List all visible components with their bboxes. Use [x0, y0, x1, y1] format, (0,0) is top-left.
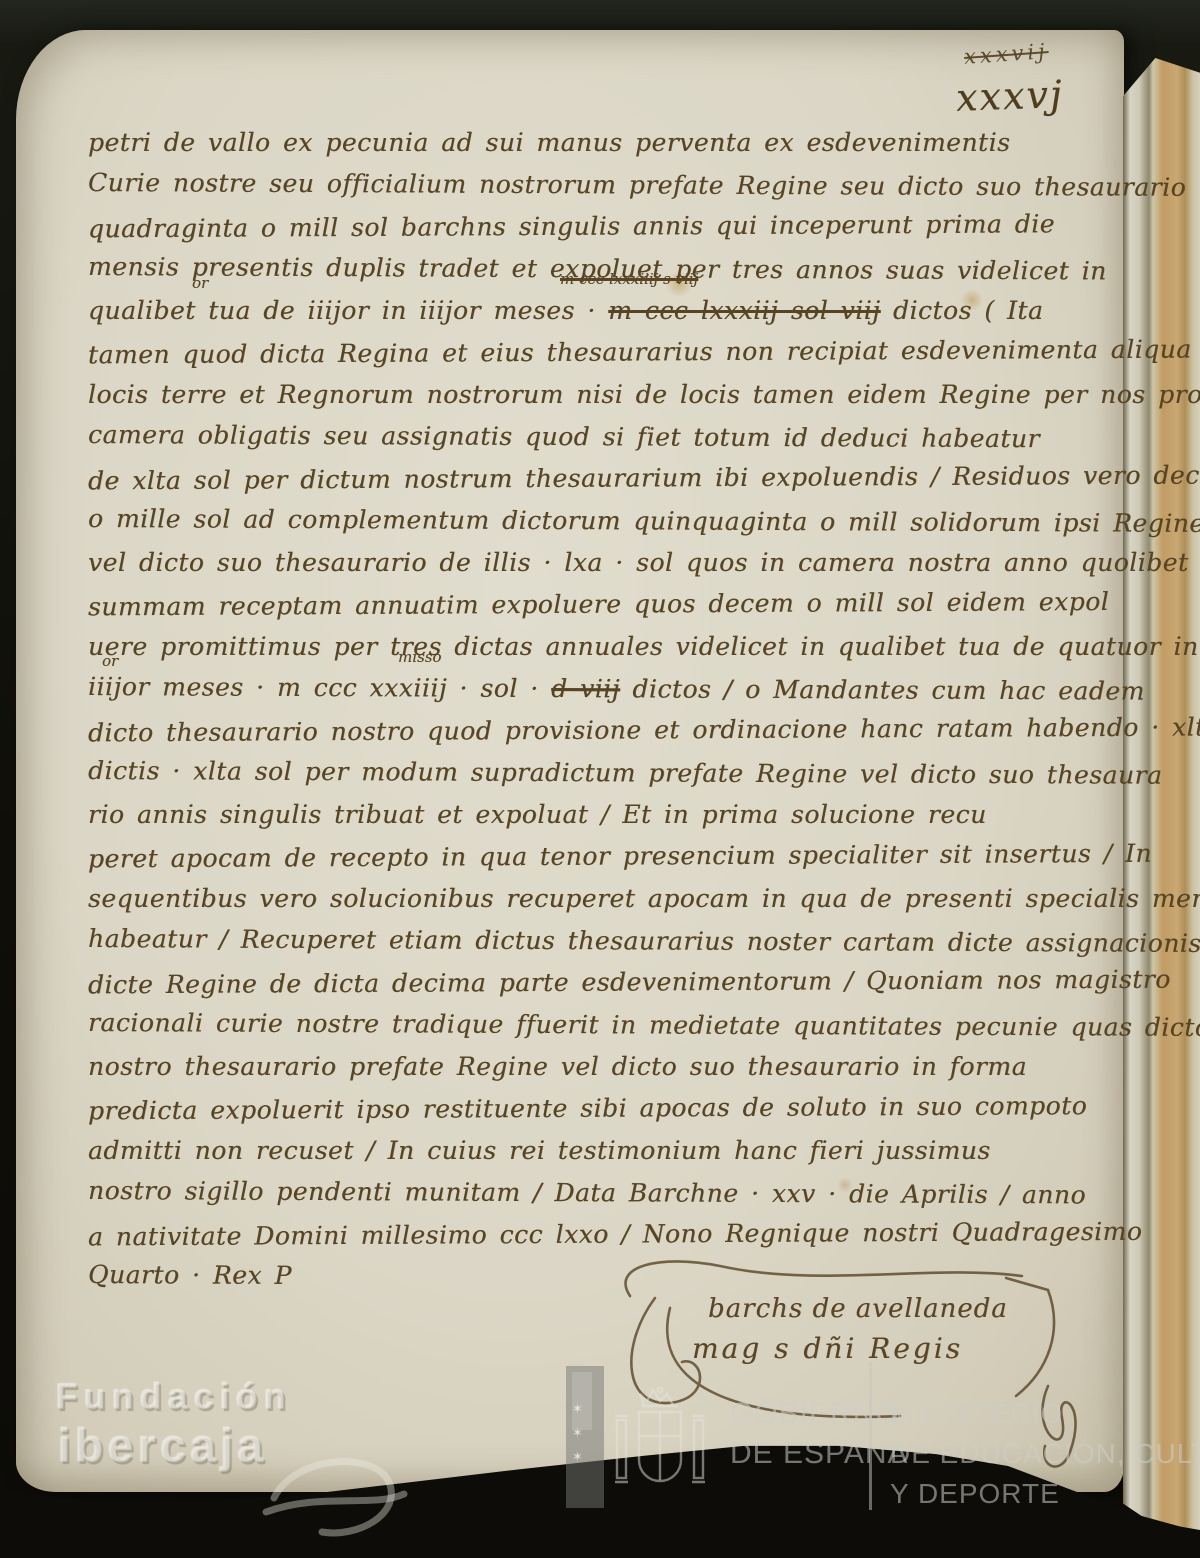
manuscript-segment: admitti non recuset / In cuius rei testi…	[88, 1136, 991, 1165]
manuscript-segment: dicto thesaurario nostro quod provisione…	[88, 712, 1200, 747]
ministerio-line2: DE EDUCACIÓN, CULTURA	[890, 1434, 1200, 1474]
ibercaja-watermark-line1: Fundación	[56, 1376, 292, 1418]
manuscript-segment: camera obligatis seu assignatis quod si …	[88, 420, 1040, 453]
manuscript-segment: vel dicto suo thesaurario de illis · lxa…	[88, 548, 1189, 577]
manuscript-segment: Curie nostre seu officialium nostrorum p…	[88, 168, 1186, 202]
interlinear-addition: or	[192, 274, 208, 292]
manuscript-line: summam receptam annuatim expoluere quos …	[88, 582, 988, 629]
ibercaja-watermark-line2: ibercaja	[58, 1418, 268, 1473]
star-icon: ✶	[572, 1402, 583, 1417]
manuscript-line: peret apocam de recepto in qua tenor pre…	[88, 834, 988, 881]
star-icon: ✶	[572, 1426, 583, 1441]
book-scan: xxxvij xxxvj petri de vallo ex pecunia a…	[0, 0, 1200, 1558]
manuscript-segment: habeatur / Recuperet etiam dictus thesau…	[88, 924, 1200, 958]
manuscript-segment: locis terre et Regnorum nostrorum nisi d…	[88, 380, 1200, 409]
manuscript-segment: dicte Regine de dicta decima parte esdev…	[88, 965, 1171, 1000]
manuscript-line: habeatur / Recuperet etiam dictus thesau…	[88, 918, 988, 964]
manuscript-line: nostro sigillo pendenti munitam / Data B…	[88, 1170, 988, 1216]
ministerio-line1: MINISTERIO	[890, 1394, 1200, 1434]
manuscript-line: iiijor meses · m ccc xxxiiij · sol · d v…	[88, 666, 988, 712]
ibercaja-logo-icon	[262, 1436, 412, 1548]
manuscript-segment: dictos / o Mandantes cum hac eadem	[620, 674, 1145, 705]
manuscript-line: racionali curie nostre tradique ffuerit …	[88, 1002, 988, 1048]
interlinear-addition: or	[102, 652, 118, 670]
star-icon: ✶	[572, 1450, 583, 1465]
manuscript-line: petri de vallo ex pecunia ad sui manus p…	[88, 122, 988, 164]
manuscript-line: vel dicto suo thesaurario de illis · lxa…	[88, 542, 988, 584]
gobierno-line1: GOBIERNO	[730, 1394, 909, 1434]
manuscript-line: de xlta sol per dictum nostrum thesaurar…	[88, 456, 988, 503]
manuscript-line: o mille sol ad complementum dictorum qui…	[88, 498, 988, 544]
manuscript-text: petri de vallo ex pecunia ad sui manus p…	[88, 122, 988, 1298]
interlinear-addition: misso	[398, 648, 441, 666]
manuscript-line: nostro thesaurario prefate Regine vel di…	[88, 1046, 988, 1088]
manuscript-line: dicte Regine de dicta decima parte esdev…	[88, 960, 988, 1007]
manuscript-segment: sequentibus vero solucionibus recuperet …	[88, 884, 1200, 913]
manuscript-segment: dictis · xlta sol per modum supradictum …	[88, 756, 1163, 790]
struck-text: d viij	[551, 674, 620, 703]
manuscript-line: dicto thesaurario nostro quod provisione…	[88, 708, 988, 755]
manuscript-segment: nostro sigillo pendenti munitam / Data B…	[88, 1176, 1086, 1209]
manuscript-line: tamen quod dicta Regina et eius thesaura…	[88, 330, 988, 377]
folio-number: xxxvj	[955, 72, 1064, 120]
interlinear-addition: m ccc lxxxiiij s viij	[560, 270, 698, 288]
manuscript-line: mensis presentis duplis tradet et expolu…	[88, 246, 988, 292]
fore-edge-pages	[1123, 58, 1200, 1530]
manuscript-segment: o mille sol ad complementum dictorum qui…	[88, 504, 1200, 538]
manuscript-line: dictis · xlta sol per modum supradictum …	[88, 750, 988, 796]
gobierno-label: GOBIERNO DE ESPAÑA	[730, 1394, 909, 1474]
manuscript-line: camera obligatis seu assignatis quod si …	[88, 414, 988, 460]
manuscript-line: predicta expoluerit ipso restituente sib…	[88, 1086, 988, 1133]
eu-flag-inner	[572, 1372, 592, 1430]
manuscript-segment: tamen quod dicta Regina et eius thesaura…	[88, 334, 1200, 369]
watermark-divider	[869, 1362, 872, 1510]
manuscript-segment: rio annis singulis tribuat et expoluat /…	[88, 800, 987, 829]
manuscript-segment: de xlta sol per dictum nostrum thesaurar…	[88, 460, 1200, 495]
manuscript-segment: dictos ( Ita	[881, 296, 1044, 325]
manuscript-segment: racionali curie nostre tradique ffuerit …	[88, 1008, 1200, 1042]
manuscript-segment: quadraginta o mill sol barchns singulis …	[88, 209, 1055, 243]
manuscript-segment: iiijor meses · m ccc xxxiiij · sol ·	[88, 672, 551, 703]
manuscript-segment: nostro thesaurario prefate Regine vel di…	[88, 1052, 1027, 1081]
manuscript-segment: peret apocam de recepto in qua tenor pre…	[88, 839, 1152, 874]
struck-text: m ccc lxxxiij sol viij	[608, 296, 880, 325]
ministerio-line3: Y DEPORTE	[890, 1474, 1200, 1514]
manuscript-line: uere promittimus per tres dictas annuale…	[88, 626, 988, 668]
gobierno-line2: DE ESPAÑA	[730, 1434, 909, 1474]
manuscript-segment: uere promittimus per tres dictas annuale…	[88, 632, 1199, 661]
manuscript-segment: Quarto · Rex P	[88, 1260, 292, 1290]
ministerio-label: MINISTERIO DE EDUCACIÓN, CULTURA Y DEPOR…	[890, 1394, 1200, 1514]
manuscript-line: admitti non recuset / In cuius rei testi…	[88, 1130, 988, 1172]
manuscript-segment: qualibet tua de iiijor in iiijor meses ·	[88, 296, 608, 325]
spain-coat-of-arms-icon	[610, 1386, 710, 1511]
manuscript-line: rio annis singulis tribuat et expoluat /…	[88, 794, 988, 836]
manuscript-line: locis terre et Regnorum nostrorum nisi d…	[88, 374, 988, 416]
manuscript-line: quadraginta o mill sol barchns singulis …	[88, 204, 988, 251]
manuscript-line: sequentibus vero solucionibus recuperet …	[88, 878, 988, 920]
manuscript-segment: predicta expoluerit ipso restituente sib…	[88, 1091, 1087, 1125]
manuscript-line: qualibet tua de iiijor in iiijor meses ·…	[88, 290, 988, 332]
manuscript-line: Curie nostre seu officialium nostrorum p…	[88, 162, 988, 208]
manuscript-segment: petri de vallo ex pecunia ad sui manus p…	[88, 128, 1010, 157]
manuscript-segment: summam receptam annuatim expoluere quos …	[88, 587, 1109, 621]
